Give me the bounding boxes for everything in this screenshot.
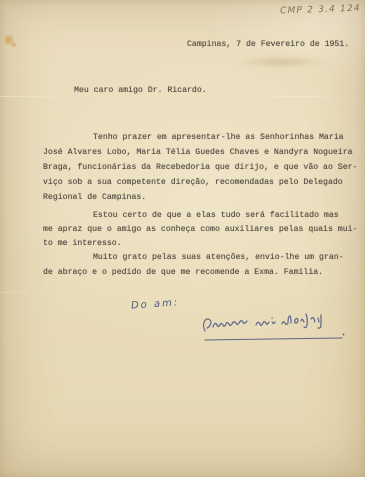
typed-line: viço sob a sua competente direção, recom… [43,175,365,190]
paragraph-2: Estou certo de que a elas tudo será faci… [43,209,365,251]
closing-annotation: Do am: [131,297,180,311]
dateline: Campinas, 7 de Fevereiro de 1951. [187,40,349,49]
typed-line: José Alvares Lobo, Maria Télia Guedes Ch… [43,145,365,160]
typed-line: me apraz que o amigo as conheça como aux… [43,223,365,237]
paragraph-3: Muito grato pelas suas atenções, envio-l… [43,250,365,280]
paragraph-1: Tenho prazer em apresentar-lhe as Senhor… [43,130,365,205]
archival-code-annotation: CMP 2 3.4 124 [280,4,361,17]
typed-line: to me interesso. [43,237,365,251]
salutation: Meu caro amigo Dr. Ricardo. [74,86,207,95]
typed-line: Braga, funcionárias da Recebedoria que d… [43,160,365,175]
letter-page: CMP 2 3.4 124 Campinas, 7 de Fevereiro d… [0,0,365,477]
typed-line: Tenho prazer em apresentar-lhe as Senhor… [43,130,365,145]
paper-fold-line [0,292,365,293]
typed-line: de abraço e o pedido de que me recomende… [43,265,365,280]
typed-line: Muito grato pelas suas atenções, envio-l… [43,250,365,265]
paper-smudge [238,56,323,68]
paper-fold-line [0,96,365,97]
typed-line: Regional de Campinas. [43,190,365,205]
typed-line: Estou certo de que a elas tudo será faci… [43,209,365,223]
handwritten-signature [196,312,346,344]
